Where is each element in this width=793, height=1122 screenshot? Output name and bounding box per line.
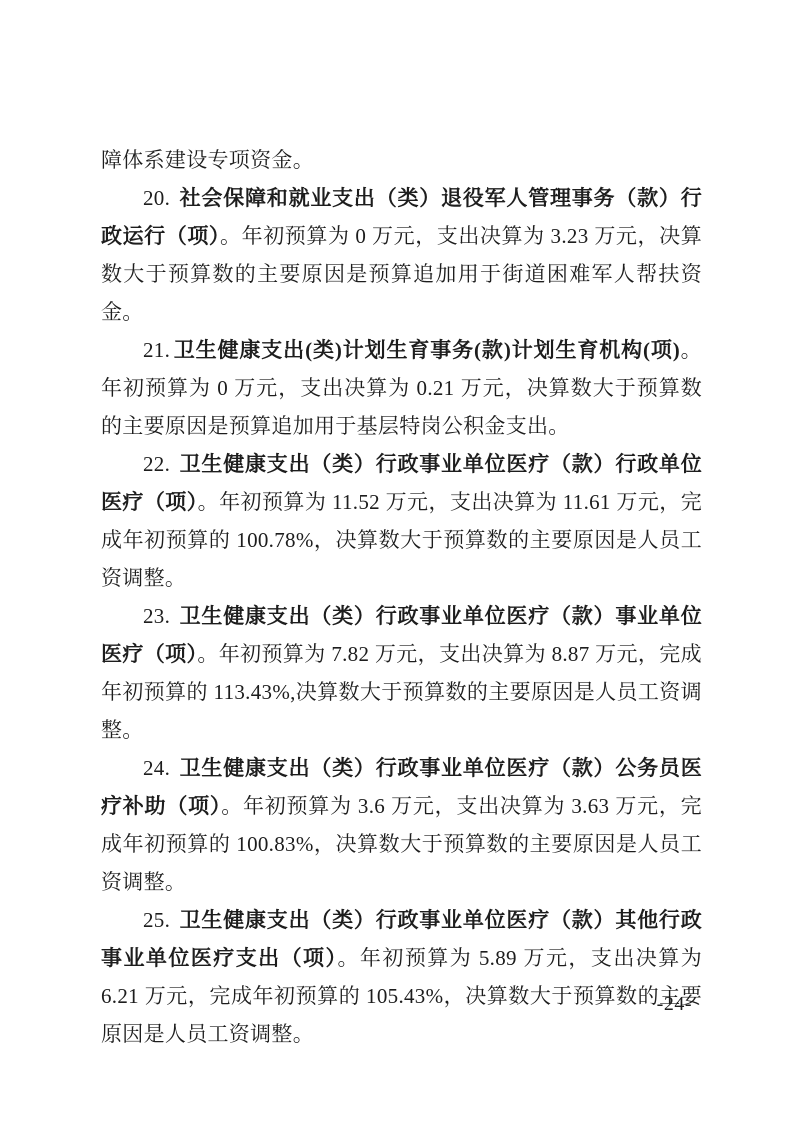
- paragraph-number: 24.: [143, 756, 170, 780]
- document-text-block: 障体系建设专项资金。 20.社会保障和就业支出（类）退役军人管理事务（款）行政运…: [101, 141, 702, 1053]
- page-number: -24-: [657, 994, 692, 1014]
- paragraph-number: 23.: [143, 604, 170, 628]
- document-page: 障体系建设专项资金。 20.社会保障和就业支出（类）退役军人管理事务（款）行政运…: [0, 0, 793, 1122]
- paragraph-number: 25.: [143, 908, 170, 932]
- paragraph-item-23: 23.卫生健康支出（类）行政事业单位医疗（款）事业单位医疗（项）。年初预算为 7…: [101, 597, 702, 749]
- paragraph-number: 22.: [143, 452, 170, 476]
- paragraph-item-22: 22.卫生健康支出（类）行政事业单位医疗（款）行政单位医疗（项）。年初预算为 1…: [101, 445, 702, 597]
- paragraph-item-21: 21.卫生健康支出(类)计划生育事务(款)计划生育机构(项)。年初预算为 0 万…: [101, 331, 702, 445]
- paragraph-item-25: 25.卫生健康支出（类）行政事业单位医疗（款）其他行政事业单位医疗支出（项）。年…: [101, 901, 702, 1053]
- paragraph-item-20: 20.社会保障和就业支出（类）退役军人管理事务（款）行政运行（项）。年初预算为 …: [101, 179, 702, 331]
- paragraph-number: 21.: [143, 338, 170, 362]
- paragraph-continuation-text: 障体系建设专项资金。: [101, 148, 314, 172]
- paragraph-number: 20.: [143, 186, 170, 210]
- paragraph-title: 卫生健康支出(类)计划生育事务(款)计划生育机构(项): [173, 338, 680, 362]
- paragraph-continuation: 障体系建设专项资金。: [101, 141, 702, 179]
- paragraph-item-24: 24.卫生健康支出（类）行政事业单位医疗（款）公务员医疗补助（项）。年初预算为 …: [101, 749, 702, 901]
